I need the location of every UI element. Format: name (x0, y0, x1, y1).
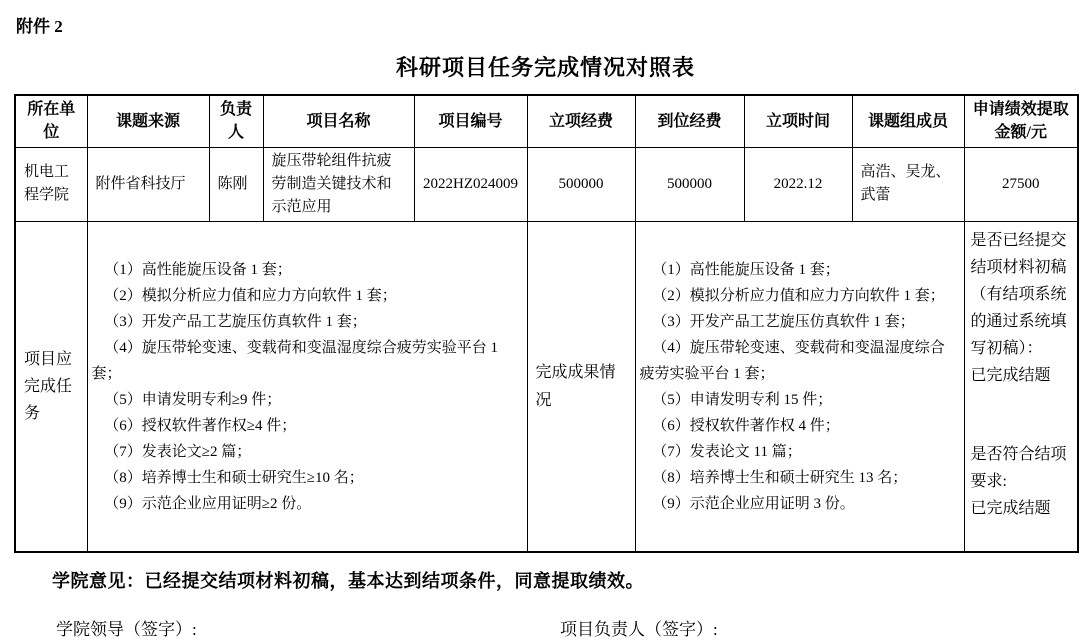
header-unit: 所在单位 (15, 95, 87, 147)
completion-item: （1）高性能旋压设备 1 套； (640, 257, 958, 283)
task-item: （4）旋压带轮变速、变载荷和变温湿度综合疲劳实验平台 1 套； (92, 335, 521, 387)
task-item: （5）申请发明专利≥9 件； (92, 387, 521, 413)
note-question-requirements: 是否符合结项要求: (971, 441, 1074, 495)
cell-approved-funds: 500000 (527, 147, 635, 222)
college-leader-signature-label: 学院领导（签字）: (56, 615, 197, 640)
header-source: 课题来源 (87, 95, 209, 147)
completion-item: （5）申请发明专利 15 件； (640, 387, 958, 413)
cell-approval-date: 2022.12 (744, 147, 852, 222)
cell-performance-amount: 27500 (964, 147, 1078, 222)
header-leader: 负责人 (209, 95, 263, 147)
header-received-funds: 到位经费 (635, 95, 744, 147)
completion-item: （6）授权软件著作权 4 件； (640, 413, 958, 439)
note-answer-requirements: 已完成结题 (971, 495, 1074, 522)
note-answer-draft: 已完成结题 (971, 362, 1074, 389)
page-title: 科研项目任务完成情况对照表 (14, 51, 1077, 82)
project-comparison-table: 所在单位 课题来源 负责人 项目名称 项目编号 立项经费 到位经费 立项时间 课… (14, 94, 1079, 553)
note-question-draft: 是否已经提交结项材料初稿（有结项系统的通过系统填写初稿）： (971, 227, 1074, 362)
cell-unit: 机电工程学院 (15, 147, 87, 222)
tasks-row: 项目应完成任务 （1）高性能旋压设备 1 套； （2）模拟分析应力值和应力方向软… (15, 222, 1078, 552)
completion-item: （7）发表论文 11 篇； (640, 439, 958, 465)
cell-received-funds: 500000 (635, 147, 744, 222)
task-item: （1）高性能旋压设备 1 套； (92, 257, 521, 283)
table-header-row: 所在单位 课题来源 负责人 项目名称 项目编号 立项经费 到位经费 立项时间 课… (15, 95, 1078, 147)
header-approved-funds: 立项经费 (527, 95, 635, 147)
planned-tasks-cell: （1）高性能旋压设备 1 套； （2）模拟分析应力值和应力方向软件 1 套； （… (87, 222, 527, 552)
cell-members: 高浩、吴龙、武蕾 (852, 147, 964, 222)
header-project-number: 项目编号 (414, 95, 527, 147)
header-performance-amount: 申请绩效提取金额/元 (964, 95, 1078, 147)
header-members: 课题组成员 (852, 95, 964, 147)
task-item: （9）示范企业应用证明≥2 份。 (92, 491, 521, 517)
project-info-row: 机电工程学院 附件省科技厅 陈刚 旋压带轮组件抗疲劳制造关键技术和示范应用 20… (15, 147, 1078, 222)
cell-source: 附件省科技厅 (87, 147, 209, 222)
tasks-row-label: 项目应完成任务 (15, 222, 87, 552)
header-approval-date: 立项时间 (744, 95, 852, 147)
attachment-label: 附件 2 (16, 12, 1077, 37)
project-leader-signature-label: 项目负责人（签字）: (560, 615, 718, 640)
completion-item: （4）旋压带轮变速、变载荷和变温湿度综合疲劳实验平台 1 套； (640, 335, 958, 387)
task-item: （8）培养博士生和硕士研究生≥10 名； (92, 465, 521, 491)
cell-project-number: 2022HZ024009 (414, 147, 527, 222)
signature-line: 学院领导（签字）: 项目负责人（签字）: (14, 615, 1077, 641)
completion-item: （8）培养博士生和硕士研究生 13 名； (640, 465, 958, 491)
header-project-name: 项目名称 (263, 95, 414, 147)
cell-leader: 陈刚 (209, 147, 263, 222)
cell-project-name: 旋压带轮组件抗疲劳制造关键技术和示范应用 (263, 147, 414, 222)
review-notes-cell: 是否已经提交结项材料初稿（有结项系统的通过系统填写初稿）： 已完成结题 是否符合… (964, 222, 1078, 552)
task-item: （7）发表论文≥2 篇； (92, 439, 521, 465)
task-item: （6）授权软件著作权≥4 件； (92, 413, 521, 439)
completion-item: （2）模拟分析应力值和应力方向软件 1 套； (640, 283, 958, 309)
completion-item: （9）示范企业应用证明 3 份。 (640, 491, 958, 517)
completion-status-label: 完成成果情况 (527, 222, 635, 552)
completion-results-cell: （1）高性能旋压设备 1 套； （2）模拟分析应力值和应力方向软件 1 套； （… (635, 222, 964, 552)
completion-item: （3）开发产品工艺旋压仿真软件 1 套； (640, 309, 958, 335)
college-opinion: 学院意见：已经提交结项材料初稿，基本达到结项条件，同意提取绩效。 (52, 567, 1077, 593)
task-item: （3）开发产品工艺旋压仿真软件 1 套； (92, 309, 521, 335)
task-item: （2）模拟分析应力值和应力方向软件 1 套； (92, 283, 521, 309)
document-page: 附件 2 科研项目任务完成情况对照表 所在单位 课题来源 负责人 项目名称 项目… (0, 0, 1090, 641)
